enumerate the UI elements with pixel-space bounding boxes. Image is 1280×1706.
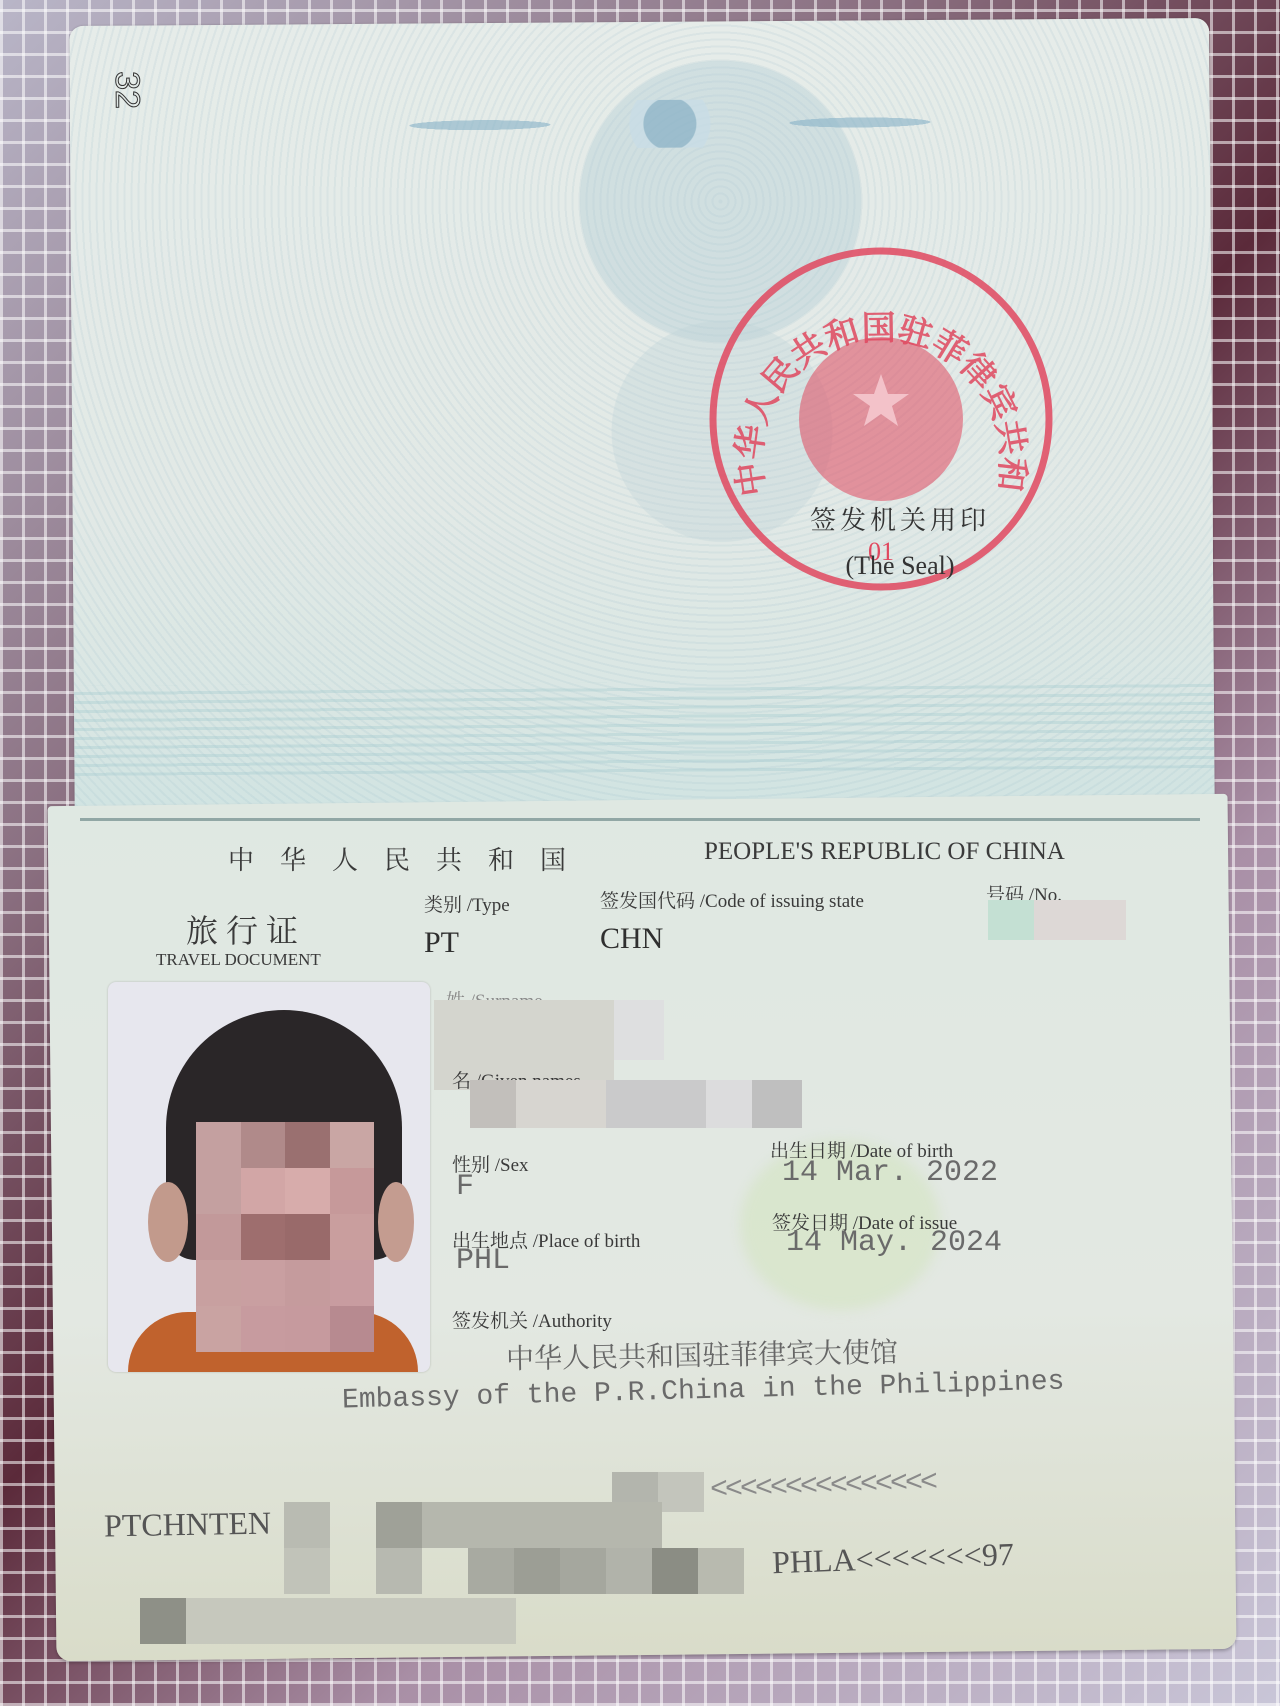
document-title-cn: 旅行证 [186,906,306,952]
mrz-redacted [422,1502,662,1548]
surname-redacted [614,1000,664,1060]
issuing-state-value: CHN [600,922,663,956]
mrz-redacted [284,1502,330,1548]
travel-document-photo: 32 中华人民共和国驻菲律宾共和国大使馆 01 签发机关用印 (The Seal… [0,0,1280,1706]
type-value: PT [424,926,459,960]
ear [148,1182,188,1262]
seal-label: 签发机关用印 (The Seal) [780,500,1020,581]
mrz-line2-prefix: PTCHNTEN [104,1505,272,1545]
mrz-redacted [514,1548,560,1594]
guilloche-wave-band [74,678,1215,776]
document-number-redacted [988,900,1034,940]
mrz-redacted [606,1548,652,1594]
place-of-birth-value: PHL [456,1244,510,1278]
mrz-redacted [284,1548,330,1594]
page-fold [80,818,1200,821]
holder-photo [108,982,430,1372]
face-pixelated [196,1122,374,1352]
mrz-redacted [658,1472,704,1512]
ear [378,1182,414,1262]
given-names-redacted [470,1080,516,1128]
given-names-redacted [752,1080,802,1128]
mrz-redacted [468,1548,514,1594]
date-of-issue-value: 14 May. 2024 [786,1226,1002,1260]
sex-value: F [456,1170,474,1204]
date-of-birth-value: 14 Mar. 2022 [782,1156,998,1190]
mrz-redacted [698,1548,744,1594]
seal-label-cn: 签发机关用印 [780,500,1020,537]
given-names-redacted [516,1080,606,1128]
issuing-state-label: 签发国代码 /Code of issuing state [600,886,864,913]
mrz-redacted [376,1502,422,1548]
country-name-en: PEOPLE'S REPUBLIC OF CHINA [704,838,1065,866]
given-names-redacted [606,1080,706,1128]
document-title-en: TRAVEL DOCUMENT [156,950,321,970]
mrz-redacted [652,1548,698,1594]
mrz-line3-redacted [140,1598,186,1644]
given-names-redacted [706,1080,752,1128]
mrz-redacted [560,1548,606,1594]
seal-label-en: (The Seal) [780,551,1020,581]
security-ornament [290,81,1051,166]
mrz-redacted [376,1548,422,1594]
page-number: 32 [107,71,146,109]
country-name-cn: 中华人民共和国 [228,840,592,877]
authority-label: 签发机关 /Authority [452,1306,612,1333]
type-label: 类别 /Type [424,890,510,917]
mrz-line3-redacted [186,1598,516,1644]
authority-value-cn: 中华人民共和国驻菲律宾大使馆 [506,1331,899,1378]
document-number-redacted [1034,900,1126,940]
